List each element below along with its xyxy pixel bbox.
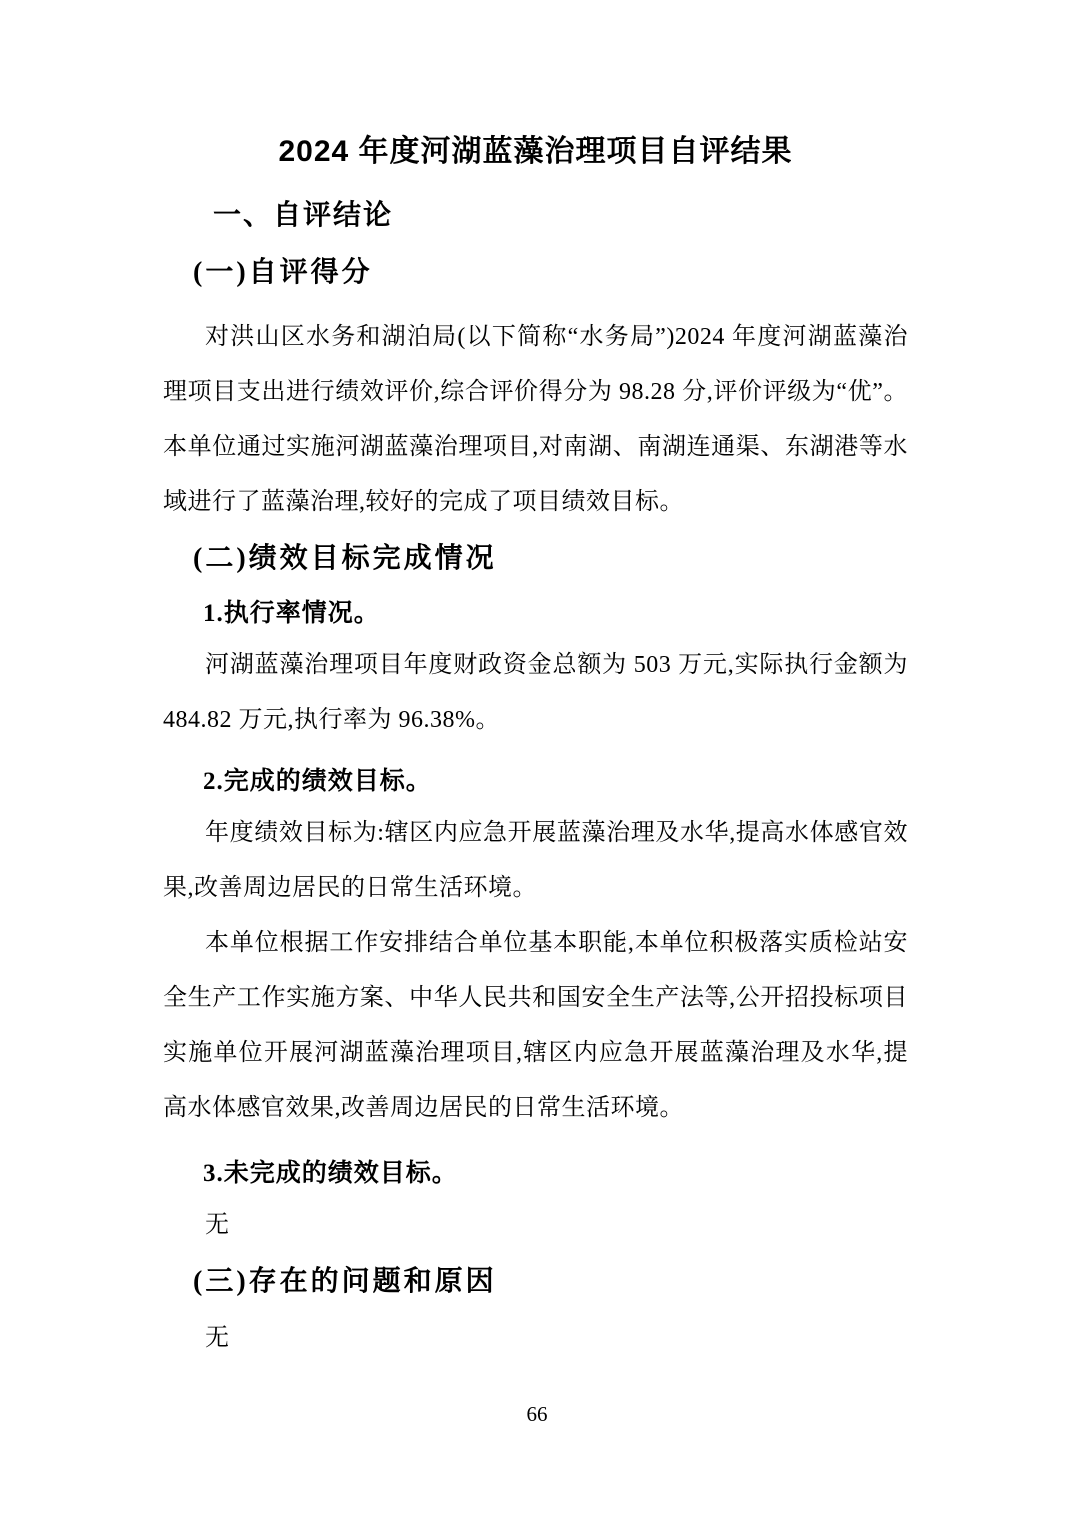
paragraph-none-problems: 无 [163,1311,908,1366]
heading-uncompleted-targets: 3.未完成的绩效目标。 [203,1158,908,1190]
document-title: 2024 年度河湖蓝藻治理项目自评结果 [163,132,908,172]
heading-completed-targets: 2.完成的绩效目标。 [203,766,908,798]
heading-target-completion: (二)绩效目标完成情况 [193,542,908,576]
heading-self-eval-conclusion: 一、自评结论 [213,198,908,232]
paragraph-annual-target: 年度绩效目标为:辖区内应急开展蓝藻治理及水华,提高水体感官效果,改善周边居民的日… [163,806,908,916]
page-number: 66 [0,1400,1074,1428]
document-page: 2024 年度河湖蓝藻治理项目自评结果 一、自评结论 (一)自评得分 对洪山区水… [0,0,1074,1520]
paragraph-self-eval-score: 对洪山区水务和湖泊局(以下简称“水务局”)2024 年度河湖蓝藻治理项目支出进行… [163,310,908,530]
paragraph-execution-rate: 河湖蓝藻治理项目年度财政资金总额为 503 万元,实际执行金额为 484.82 … [163,638,908,748]
paragraph-unit-work: 本单位根据工作安排结合单位基本职能,本单位积极落实质检站安全生产工作实施方案、中… [163,916,908,1136]
heading-self-eval-score: (一)自评得分 [193,256,908,290]
heading-execution-rate: 1.执行率情况。 [203,598,908,630]
heading-problems-causes: (三)存在的问题和原因 [193,1265,908,1299]
paragraph-none-uncompleted: 无 [163,1198,908,1253]
